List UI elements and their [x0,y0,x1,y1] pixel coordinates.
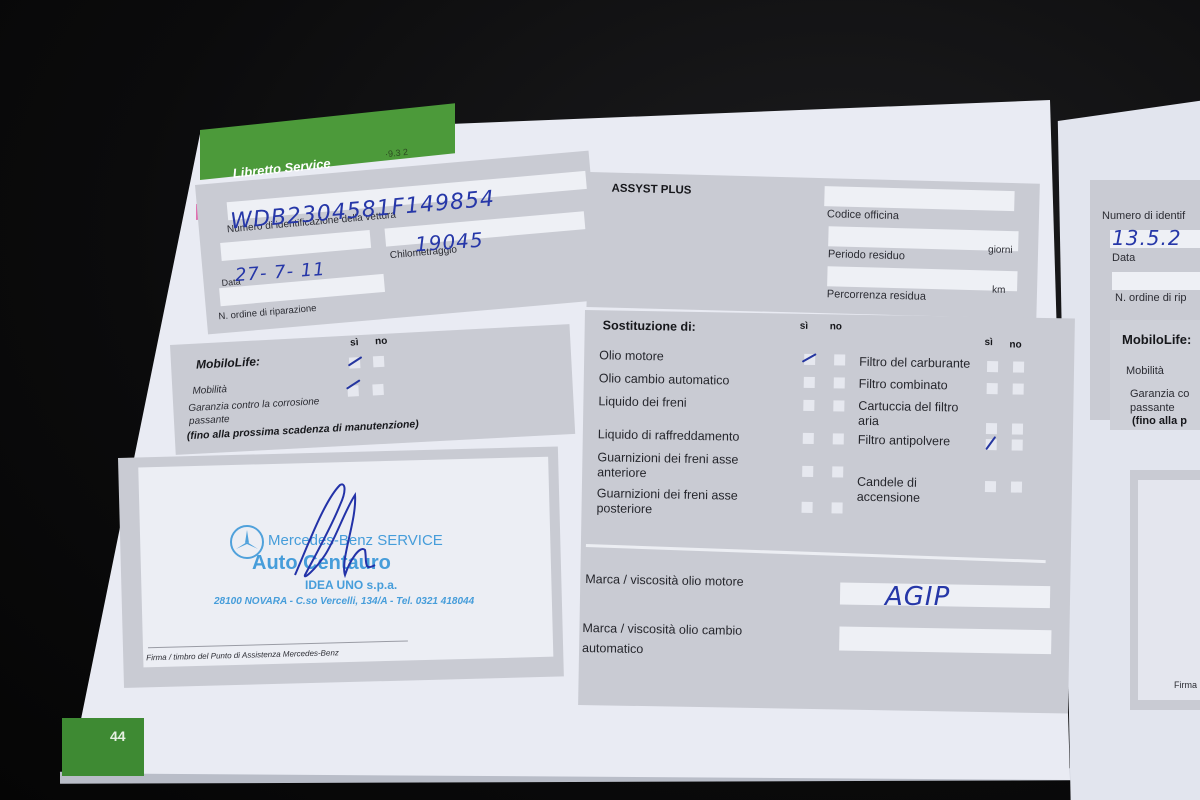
replacement-item-label: Guarnizioni dei freni asse posteriore [596,486,776,519]
replacement-item-label: Candele di accensione [857,475,973,507]
next-stamp-panel: Firma [1130,470,1200,710]
gearbox-oil-field[interactable] [839,626,1051,654]
replacement-yes-checkbox[interactable] [802,466,813,477]
check-mark-icon [348,356,363,366]
mobility-yes-checkbox[interactable] [349,357,361,369]
next-vin-label: Numero di identif [1102,210,1185,222]
stamp-line-4: 28100 NOVARA - C.so Vercelli, 134/A - Te… [214,596,474,607]
gearbox-oil-label: Marca / viscosità olio cambio automatico [582,618,783,661]
replacement-no-checkbox[interactable] [1012,439,1023,450]
page-tab [62,718,144,776]
replacement-no-checkbox[interactable] [833,433,844,444]
replacement-item: Liquido dei freni [583,394,863,429]
replacement-panel: Sostituzione di: sì no sì no Olio motore… [578,310,1075,713]
next-mobilolife-title: MobiloLife: [1122,332,1191,347]
check-mark-icon [346,379,361,389]
replacement-item-label: Filtro del carburante [859,355,974,372]
divider [586,544,1046,563]
replacement-item: Filtro antipolvere [857,433,1057,466]
repair-order-label: N. ordine di riparazione [218,303,317,323]
check-mark-icon [802,353,817,363]
remaining-distance-unit: km [992,285,1006,296]
mobilolife-panel: sì no MobiloLife: Mobilità Garanzia cont… [170,324,575,455]
engine-oil-label: Marca / viscosità olio motore [585,572,744,589]
replacement-item: Guarnizioni dei freni asse posteriore [581,486,861,521]
replacement-item-label: Liquido dei freni [598,394,778,412]
remaining-period-unit: giorni [988,244,1013,256]
next-repair-order-field[interactable] [1112,272,1200,290]
replacement-yes-checkbox[interactable] [804,377,815,388]
replacement-no-checkbox[interactable] [1013,383,1024,394]
next-stamp-box: Firma [1138,480,1200,700]
mobility-label: Mobilità [192,384,227,397]
replacement-no-header: no [830,321,842,332]
replacement-yes-checkbox[interactable] [985,481,996,492]
replacement-yes-checkbox[interactable] [987,383,998,394]
next-passante-label: passante [1130,402,1175,414]
next-repair-order-label: N. ordine di rip [1115,292,1187,304]
workshop-code-label: Codice officina [827,208,899,222]
replacement-item: Guarnizioni dei freni asse anteriore [582,450,862,485]
replacement-yes-checkbox[interactable] [803,433,814,444]
replacement-yes-checkbox[interactable] [801,502,812,513]
replacement-item-label: Filtro antipolvere [858,433,973,450]
workshop-code-field[interactable] [824,186,1014,211]
signature-icon [285,480,395,590]
mobilolife-no-header: no [375,336,388,348]
replacement-item-label: Olio cambio automatico [599,371,779,389]
replacement-item-label: Guarnizioni dei freni asse anteriore [597,450,777,483]
replacement-yes-checkbox[interactable] [987,361,998,372]
corrosion-no-checkbox[interactable] [372,384,384,396]
replacement-item-label: Liquido di raffreddamento [598,427,778,445]
date-field[interactable] [220,230,371,261]
replacement-no-checkbox[interactable] [1012,423,1023,434]
next-mobilolife-panel: MobiloLife: Mobilità Garanzia co passant… [1110,320,1200,430]
signature-line [148,640,408,648]
replacement-no-checkbox[interactable] [834,377,845,388]
replacement-right-yes-header: sì [984,337,993,348]
engine-oil-value: AGIP [885,582,950,612]
replacement-yes-checkbox[interactable] [803,400,814,411]
replacement-right-no-header: no [1009,339,1021,350]
replacement-no-checkbox[interactable] [833,400,844,411]
mobilolife-yes-header: sì [350,337,359,348]
replacement-item-label: Olio motore [599,348,779,366]
replacement-item: Cartuccia del filtro aria [858,399,1058,432]
mobility-no-checkbox[interactable] [373,356,385,368]
replacement-no-checkbox[interactable] [1011,481,1022,492]
replacement-no-checkbox[interactable] [831,502,842,513]
remaining-period-label: Periodo residuo [828,248,905,262]
next-note: (fino alla p [1132,415,1187,427]
replacement-no-checkbox[interactable] [834,354,845,365]
remaining-distance-label: Percorrenza residua [827,288,926,303]
replacement-item: Candele di accensione [857,475,1057,508]
mileage-value: 19045 [414,228,484,257]
replacement-title: Sostituzione di: [603,318,696,334]
corrosion-yes-checkbox[interactable] [347,385,359,397]
replacement-item-label: Filtro combinato [859,377,974,394]
next-date-value: 13.5.2 [1112,226,1182,250]
next-date-label: Data [1112,252,1135,264]
signature-label: Firma / timbro del Punto di Assistenza M… [146,648,339,662]
next-page-panel: Numero di identif 13.5.2 Data N. ordine … [1090,180,1200,420]
replacement-no-checkbox[interactable] [832,466,843,477]
replacement-yes-checkbox[interactable] [986,439,997,450]
next-mobility-label: Mobilità [1126,365,1164,377]
next-signature-label: Firma [1174,680,1197,690]
remaining-distance-field[interactable] [827,266,1017,291]
replacement-yes-checkbox[interactable] [986,423,997,434]
assyst-title: ASSYST PLUS [611,183,691,197]
mobilolife-title: MobiloLife: [196,354,261,371]
replacement-item-label: Cartuccia del filtro aria [858,399,974,431]
replacement-no-checkbox[interactable] [1013,361,1024,372]
check-mark-icon [985,436,996,450]
replacement-yes-header: sì [800,321,809,332]
assyst-panel: ASSYST PLUS Codice officina Periodo resi… [586,172,1039,319]
page-number: 44 [110,728,126,744]
next-corrosion-label: Garanzia co [1130,388,1189,400]
replacement-yes-checkbox[interactable] [804,354,815,365]
